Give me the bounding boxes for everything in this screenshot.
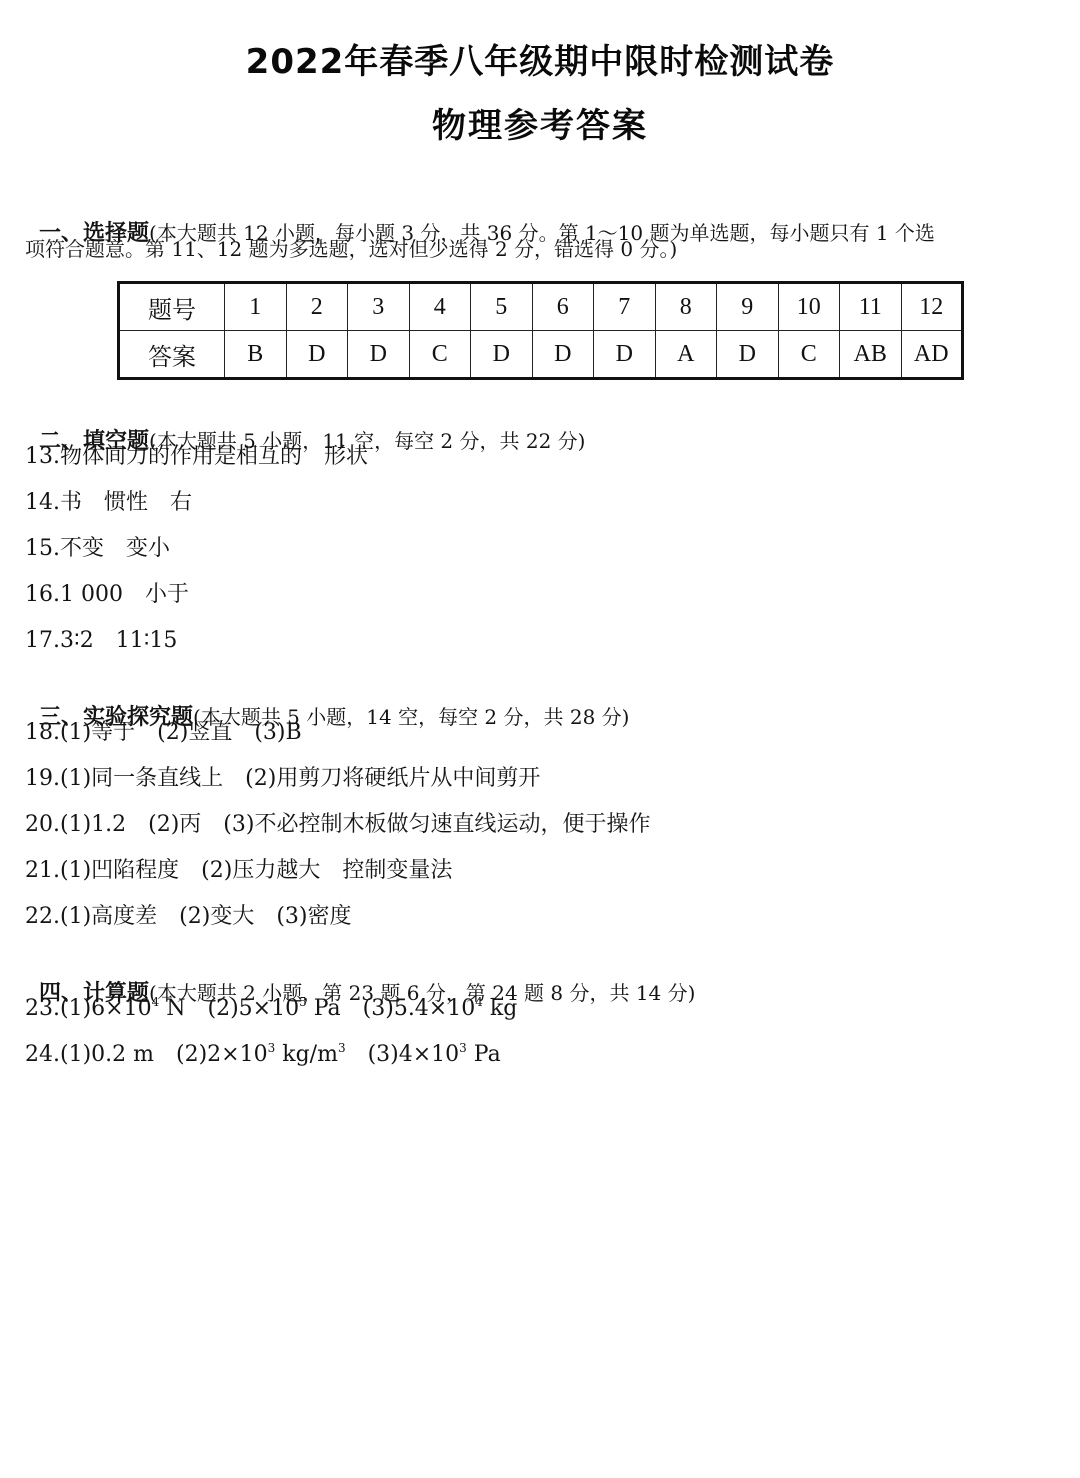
q24-part2: (2)2×10 <box>176 1042 268 1067</box>
answer-cell: AD <box>901 331 963 379</box>
answer-cell: D <box>532 331 594 379</box>
q24-part2-unit: kg/m <box>275 1042 338 1067</box>
answer-table: 题号 1 2 3 4 5 6 7 8 9 10 11 12 答案 B D D C… <box>117 281 964 380</box>
answer-cell: D <box>594 331 656 379</box>
answer-cell: C <box>409 331 471 379</box>
q23-part1-unit: N <box>159 996 207 1021</box>
answer-cell: C <box>778 331 840 379</box>
answer-cell: D <box>348 331 410 379</box>
question-number-cell: 8 <box>655 283 717 331</box>
answer-line-23: 23.(1)6×104 N (2)5×105 Pa (3)5.4×104 kg <box>25 994 517 1024</box>
answer-line-22: 22.(1)高度差 (2)变大 (3)密度 <box>25 902 351 932</box>
answer-line-24: 24.(1)0.2 m (2)2×103 kg/m3 (3)4×103 Pa <box>25 1040 501 1070</box>
q24-part2-unit-exponent: 3 <box>338 1041 346 1055</box>
answer-line-15: 15.不变 变小 <box>25 534 170 564</box>
document-subtitle: 物理参考答案 <box>0 98 1080 147</box>
q24-part3: (3)4×10 <box>346 1042 460 1067</box>
answer-line-20: 20.(1)1.2 (2)丙 (3)不必控制木板做匀速直线运动，便于操作 <box>25 810 650 840</box>
q24-part3-exponent: 3 <box>459 1041 467 1055</box>
q23-part2-exponent: 5 <box>299 995 307 1009</box>
row-label-number: 题号 <box>119 283 225 331</box>
question-number-cell: 6 <box>532 283 594 331</box>
answer-line-16: 16.1 000 小于 <box>25 580 189 610</box>
q23-part1: (1)6×10 <box>60 996 152 1021</box>
question-number-cell: 9 <box>717 283 779 331</box>
answer-cell: D <box>717 331 779 379</box>
document-title: 2022年春季八年级期中限时检测试卷 <box>0 34 1080 83</box>
answer-cell: B <box>225 331 287 379</box>
q24-part3-unit: Pa <box>467 1042 501 1067</box>
answer-line-14: 14.书 惯性 右 <box>25 488 192 518</box>
answer-cell: D <box>471 331 533 379</box>
q24-number: 24. <box>25 1042 60 1067</box>
q23-part3-exponent: 4 <box>475 995 483 1009</box>
question-number-cell: 1 <box>225 283 287 331</box>
question-number-cell: 3 <box>348 283 410 331</box>
section1-note-line2: 项符合题意。第 11、12 题为多选题，选对但少选得 2 分，错选得 0 分。) <box>25 234 677 264</box>
answer-cell: A <box>655 331 717 379</box>
answer-cell: D <box>286 331 348 379</box>
answer-line-21: 21.(1)凹陷程度 (2)压力越大 控制变量法 <box>25 856 452 886</box>
answer-line-19: 19.(1)同一条直线上 (2)用剪刀将硬纸片从中间剪开 <box>25 764 540 794</box>
answer-line-18: 18.(1)等于 (2)竖直 (3)B <box>25 718 302 748</box>
q23-part3-unit: kg <box>483 996 517 1021</box>
row-label-answer: 答案 <box>119 331 225 379</box>
q23-part2: (2)5×10 <box>207 996 299 1021</box>
question-number-cell: 11 <box>840 283 902 331</box>
answer-table-number-row: 题号 1 2 3 4 5 6 7 8 9 10 11 12 <box>119 283 963 331</box>
question-number-cell: 7 <box>594 283 656 331</box>
answer-line-13: 13.物体间力的作用是相互的 形状 <box>25 442 368 472</box>
q23-part3: (3)5.4×10 <box>363 996 476 1021</box>
question-number-cell: 10 <box>778 283 840 331</box>
question-number-cell: 4 <box>409 283 471 331</box>
question-number-cell: 12 <box>901 283 963 331</box>
answer-line-17: 17.3∶2 11∶15 <box>25 626 177 656</box>
question-number-cell: 5 <box>471 283 533 331</box>
question-number-cell: 2 <box>286 283 348 331</box>
q24-part1: (1)0.2 m <box>60 1042 176 1067</box>
answer-cell: AB <box>840 331 902 379</box>
answer-table-answer-row: 答案 B D D C D D D A D C AB AD <box>119 331 963 379</box>
q23-part2-unit: Pa <box>307 996 363 1021</box>
q23-number: 23. <box>25 996 60 1021</box>
